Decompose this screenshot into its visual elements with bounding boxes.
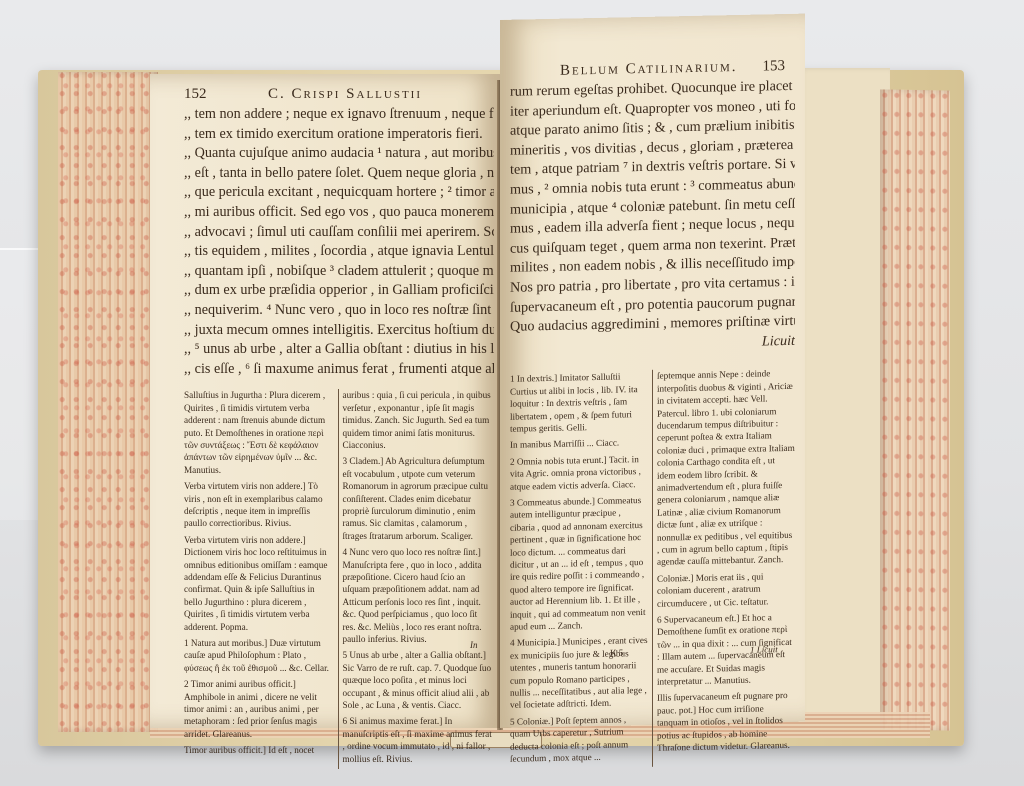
left-page: 152 C. Crispi Sallustii ,, tem non adder… xyxy=(150,74,500,728)
right-running-title: Bellum Catilinarium. xyxy=(560,59,738,80)
footnote: 5 Unus ab urbe , alter a Gallia obſtant.… xyxy=(343,649,493,711)
footnote: Illis ſupervacaneum eſt pugnare pro pauc… xyxy=(657,689,795,754)
footnote: 3 Commeatus abunde.] Commeatus autem int… xyxy=(510,494,648,633)
footnote-column-1: 1 In dextris.] Imitator Salluſtii Curtiu… xyxy=(506,370,652,769)
left-body-text: ,, tem non addere ; neque ex ignavo ſtre… xyxy=(184,105,494,379)
footnote: 2 Timor animi auribus officit.] Amphibol… xyxy=(184,678,334,740)
sprinkled-fore-edge-left xyxy=(58,72,158,732)
footnote: Coloniæ.] Moris erat iis , qui coloniam … xyxy=(657,570,795,610)
footnote: 4 Municipia.] Municipes , erant cives ex… xyxy=(510,634,648,711)
footnote: 6 Si animus maxime ferat.] In manuſcript… xyxy=(343,715,493,765)
text-line: ,, que pericula excitant , nequicquam ho… xyxy=(184,183,494,203)
sprinkled-fore-edge-right xyxy=(880,89,950,730)
catchword-right: 1 Licuit xyxy=(750,644,778,655)
right-running-head: Bellum Catilinarium. 153 xyxy=(560,58,785,80)
text-line: ,, tis equidem , milites , ſocordia , at… xyxy=(184,242,494,262)
footnote: 4 Nunc vero quo loco res noſtræ ſint.] M… xyxy=(343,546,493,645)
footnote: 1 Natura aut moribus.] Duæ virtutum cauſ… xyxy=(184,637,334,674)
left-footnotes: Salluſtius in Jugurtha : Plura dicerem ,… xyxy=(180,389,496,769)
footnote: Verba virtutem viris non addere.] Tò vir… xyxy=(184,480,334,530)
left-running-head: 152 C. Crispi Sallustii xyxy=(184,86,482,103)
footnote: Timor auribus officit.] Id eſt , nocet xyxy=(184,744,334,756)
footnote-column-2: auribus : quia , ſi cui pericula , in qu… xyxy=(338,389,497,769)
text-line: ,, dum ex urbe præſidia opperior , in Ga… xyxy=(184,281,494,301)
page-number-right: 153 xyxy=(763,58,786,75)
text-line: ,, quantam ipſi , nobiſque ³ cladem attu… xyxy=(184,262,494,282)
text-line: ,, cis eſſe , ⁶ ſi maxume animus ferat ,… xyxy=(184,360,494,380)
right-body-text: rum rerum egeſtas prohibet. Quocunque ir… xyxy=(510,77,795,357)
footnote: ſeptemque annis Nepe : deinde interpoſit… xyxy=(657,367,795,568)
footnote: In manibus Marriſſii ... Ciacc. xyxy=(510,436,648,451)
footnote: Salluſtius in Jugurtha : Plura dicerem ,… xyxy=(184,389,334,476)
text-line: ,, mi auribus officit. Sed ego vos , quo… xyxy=(184,203,494,223)
footnote-column-2: ſeptemque annis Nepe : deinde interpoſit… xyxy=(652,367,799,766)
signature-mark: K 5 xyxy=(610,647,623,657)
footnote-column-1: Salluſtius in Jugurtha : Plura dicerem ,… xyxy=(180,389,338,769)
text-line: ,, nequiverim. ⁴ Nunc vero , quo in loco… xyxy=(184,301,494,321)
text-line: ,, eſt , tanta in bello patere ſolet. Qu… xyxy=(184,164,494,184)
footnote: Verba virtutem viris non addere.] Dictio… xyxy=(184,534,334,633)
page-number-left: 152 xyxy=(184,86,207,103)
text-line: ,, tem ex timido exercitum oratione impe… xyxy=(184,125,494,145)
right-footnotes: 1 In dextris.] Imitator Salluſtii Curtiu… xyxy=(506,367,799,769)
left-running-title: C. Crispi Sallustii xyxy=(268,86,422,103)
right-page: Bellum Catilinarium. 153 rum rerum egeſt… xyxy=(500,14,805,728)
catchword-left: In xyxy=(470,640,478,650)
text-line: ,, tem non addere ; neque ex ignavo ſtre… xyxy=(184,105,494,125)
raised-leaves-right xyxy=(798,68,890,718)
text-line: ,, juxta mecum omnes intelligitis. Exerc… xyxy=(184,321,494,341)
footnote: 2 Omnia nobis tuta erunt.] Tacit. in vit… xyxy=(510,453,648,493)
text-line: ,, Quanta cujuſque animo audacia ¹ natur… xyxy=(184,144,494,164)
photo-scene: 152 C. Crispi Sallustii ,, tem non adder… xyxy=(0,0,1024,786)
text-line: ,, ⁵ unus ab urbe , alter a Gallia obſta… xyxy=(184,340,494,360)
footnote: 3 Cladem.] Ab Agricultura deſumptum eſt … xyxy=(343,455,493,542)
footnote: 5 Coloniæ.] Poſt ſeptem annos , quam Urb… xyxy=(510,713,648,766)
text-line: ,, advocavi ; ſimul uti cauſſam conſilii… xyxy=(184,223,494,243)
footnote: auribus : quia , ſi cui pericula , in qu… xyxy=(343,389,493,451)
footnote: 1 In dextris.] Imitator Salluſtii Curtiu… xyxy=(510,370,648,435)
